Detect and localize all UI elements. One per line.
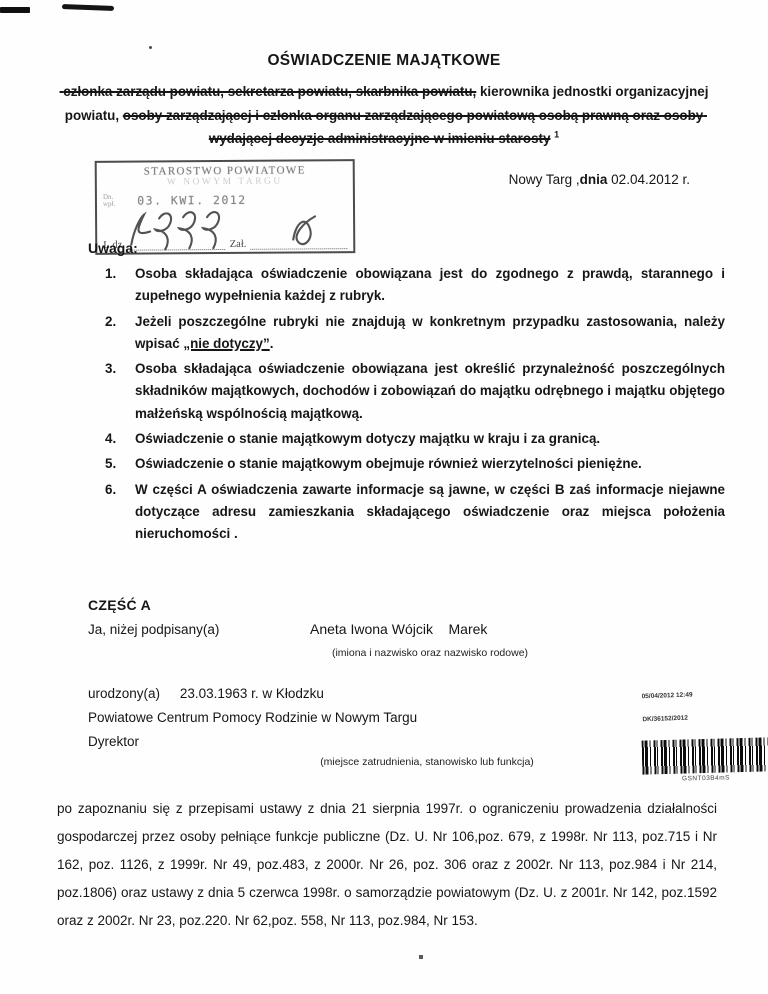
declarant-name: Aneta Iwona Wójcik Marek <box>310 621 487 637</box>
footnote-reference: 1 <box>554 130 559 140</box>
employer-line: Powiatowe Centrum Pomocy Rodzinie w Nowy… <box>88 710 417 725</box>
scanned-document-page: OŚWIADCZENIE MAJĄTKOWE członka zarządu p… <box>0 0 768 994</box>
notes-heading: Uwaga: <box>88 240 138 256</box>
scan-artifact <box>149 46 152 49</box>
note-item: 1. Osoba składająca oświadczenie obowiąz… <box>105 263 725 308</box>
barcode-case-number: DK/36152/2012 <box>642 711 768 723</box>
dateline-place: Nowy Targ , <box>509 172 580 187</box>
note-number: 1. <box>105 263 127 308</box>
note-number: 4. <box>105 428 127 450</box>
note-item: 6. W części A oświadczenia zawarte infor… <box>105 479 725 546</box>
notes-list: 1. Osoba składająca oświadczenie obowiąz… <box>105 263 725 549</box>
birth-info-row: urodzony(a) 23.03.1963 r. w Kłodzku <box>88 686 324 701</box>
born-value: 23.03.1963 r. w Kłodzku <box>180 686 324 701</box>
dotted-leader <box>129 239 226 251</box>
stamp-zal-label: Zał. <box>230 239 247 250</box>
place-and-date-line: Nowy Targ ,dnia 02.04.2012 r. <box>509 172 690 187</box>
born-label: urodzony(a) <box>88 686 160 701</box>
scan-artifact <box>62 4 114 11</box>
stamp-received-label: Dn. wpł. <box>103 194 115 208</box>
underlined-phrase: „nie dotyczy” <box>183 336 269 351</box>
note-number: 6. <box>105 479 127 546</box>
name-field-caption: (imiona i nazwisko oraz nazwisko rodowe) <box>300 647 560 659</box>
subtitle-struck-segment: członka zarządu powiatu, sekretarza powi… <box>60 84 477 99</box>
stamp-date-row: Dn. wpł. 03. KWI. 2012 <box>97 192 353 208</box>
stamp-received-date: 03. KWI. 2012 <box>137 193 247 208</box>
barcode-image <box>642 737 768 774</box>
note-text: Osoba składająca oświadczenie obowiązana… <box>135 263 725 308</box>
stamp-office-city: W NOWYM TARGU <box>97 176 353 188</box>
note-item: 2. Jeżeli poszczególne rubryki nie znajd… <box>105 311 725 356</box>
barcode-caption: GSNT03B4mS <box>642 774 768 783</box>
barcode-timestamp: 05/04/2012 12:49 <box>642 689 768 701</box>
part-a-heading: CZĘŚĆ A <box>88 597 151 613</box>
scan-artifact <box>0 7 30 13</box>
document-title: OŚWIADCZENIE MAJĄTKOWE <box>0 52 768 70</box>
note-item: 4. Oświadczenie o stanie majątkowym doty… <box>105 428 725 450</box>
note-number: 2. <box>105 311 127 356</box>
subtitle-struck-segment: osoby zarządzającej i członka organu zar… <box>123 108 707 147</box>
dateline-date: 02.04.2012 r. <box>607 172 690 187</box>
note-text: W części A oświadczenia zawarte informac… <box>135 479 725 546</box>
legal-basis-paragraph: po zapoznaniu się z przepisami ustawy z … <box>57 795 717 935</box>
note-number: 3. <box>105 358 127 425</box>
declarant-label: Ja, niżej podpisany(a) <box>88 622 219 637</box>
scan-artifact <box>419 955 423 959</box>
dateline-dnia: dnia <box>580 172 608 187</box>
note-text: Oświadczenie o stanie majątkowym obejmuj… <box>135 453 725 475</box>
document-subtitle: członka zarządu powiatu, sekretarza powi… <box>54 80 714 151</box>
note-text: Oświadczenie o stanie majątkowym dotyczy… <box>135 428 725 450</box>
note-item: 3. Osoba składająca oświadczenie obowiąz… <box>105 358 725 425</box>
registration-barcode-block: 05/04/2012 12:49 DK/36152/2012 GSNT03B4m… <box>642 676 768 782</box>
dotted-leader <box>250 238 347 250</box>
barcode-meta-text: 05/04/2012 12:49 DK/36152/2012 <box>641 674 768 738</box>
employment-field-caption: (miejsce zatrudnienia, stanowisko lub fu… <box>292 756 562 768</box>
position-line: Dyrektor <box>88 734 139 749</box>
note-item: 5. Oświadczenie o stanie majątkowym obej… <box>105 453 725 475</box>
note-text: Osoba składająca oświadczenie obowiązana… <box>135 358 725 425</box>
note-text: Jeżeli poszczególne rubryki nie znajdują… <box>135 311 725 356</box>
note-number: 5. <box>105 453 127 475</box>
